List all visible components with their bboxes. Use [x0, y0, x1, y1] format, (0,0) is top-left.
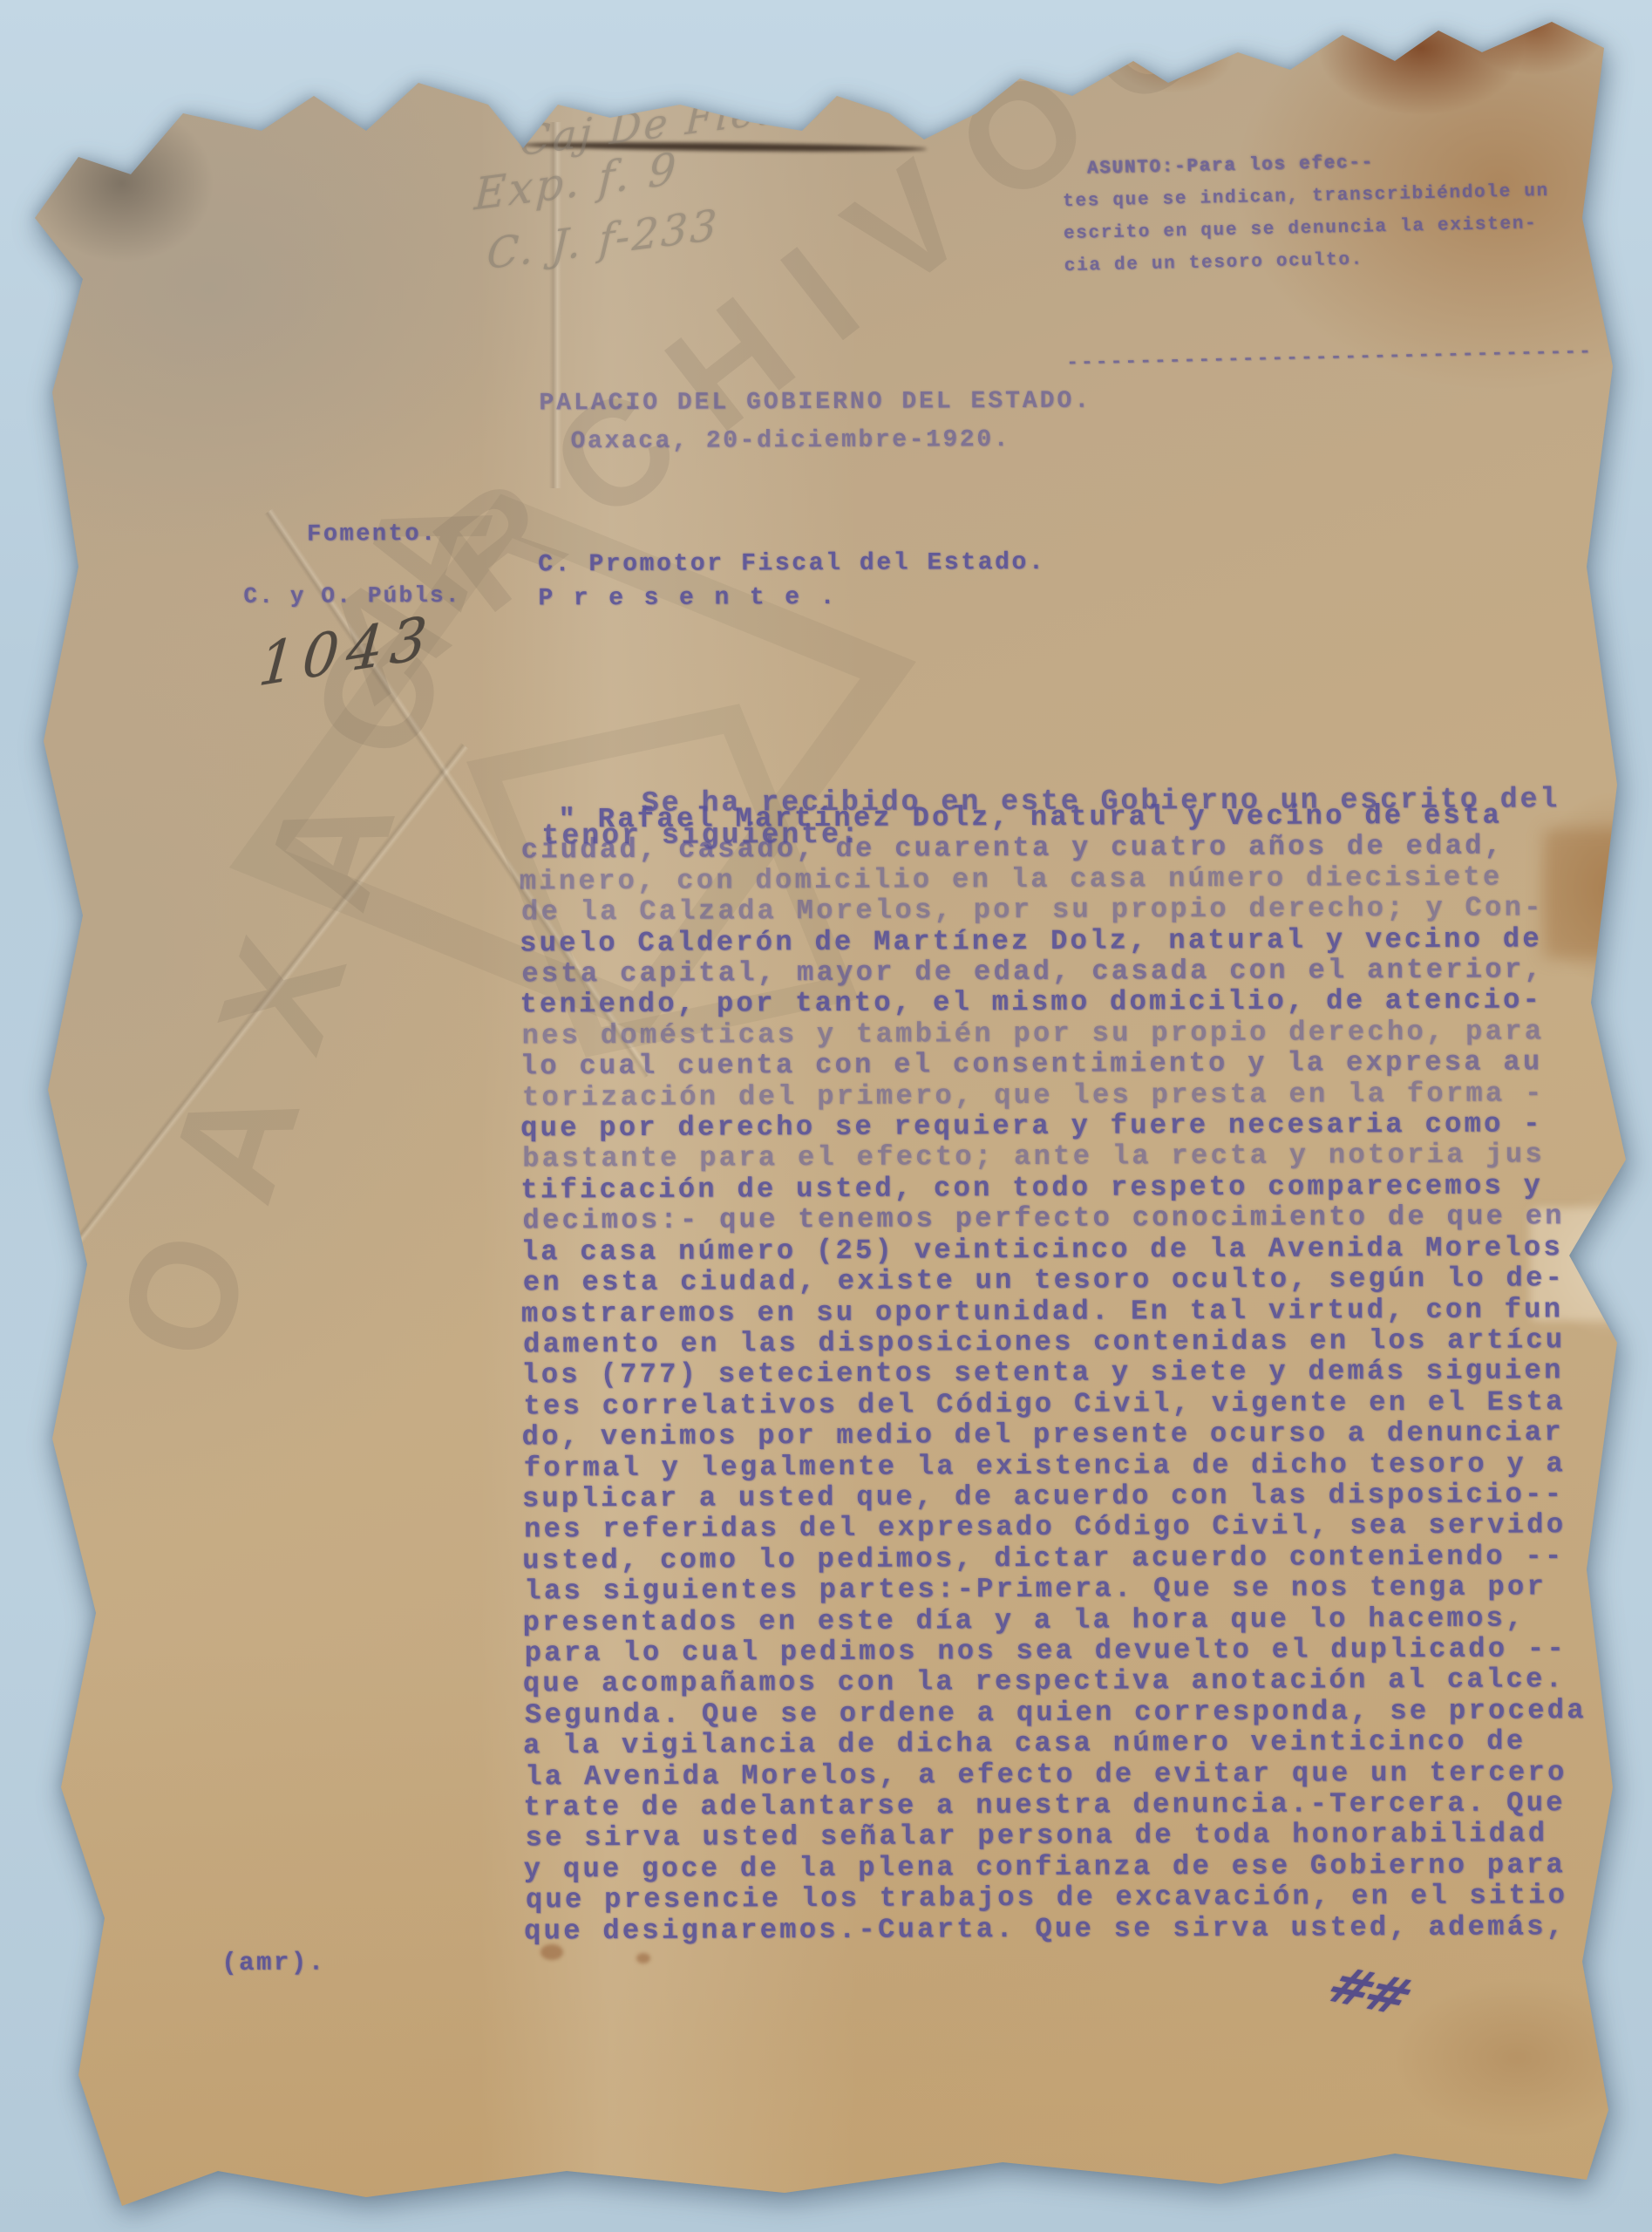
body-line: que designaremos.-Cuarta. Que se sirva u… [524, 1911, 1586, 1947]
body-line: formal y legalmente la existencia de dic… [524, 1448, 1586, 1484]
body-line: Segunda. Que se ordene a quien correspon… [525, 1695, 1587, 1731]
body-paragraph: " Rafael Martínez Dolz, natural y vecino… [519, 800, 1586, 1946]
body-line: en esta ciudad, existe un tesoro oculto,… [523, 1262, 1585, 1298]
letterhead-dateline: Oaxaca, 20-diciembre-1920. [571, 426, 1011, 455]
body-line: la Avenida Morelos, a efecto de evitar q… [525, 1757, 1587, 1793]
handwritten-file-number: 1043 [256, 602, 438, 700]
paper-sheet: ARCHIVOGENERA OAXACA Caj De Fietes Exp. … [0, 0, 1652, 2232]
body-line: que presencie los trabajos de excavación… [526, 1880, 1587, 1916]
body-line: nes referidas del expresado Código Civil… [524, 1510, 1586, 1546]
body-line: bastante para el efecto; ante la recta y… [522, 1140, 1584, 1175]
scanned-document-page: ARCHIVOGENERA OAXACA Caj De Fietes Exp. … [0, 0, 1652, 2232]
asunto-block: ASUNTO:-Para los efec--tes que se indica… [1060, 78, 1595, 444]
body-line: decimos:- que tenemos perfecto conocimie… [522, 1201, 1584, 1236]
addressee-presente: P r e s e n t e . [538, 584, 838, 612]
body-line: para lo cual pedimos nos sea devuelto el… [525, 1633, 1587, 1669]
body-line: torización del primero, que les presta e… [522, 1078, 1584, 1113]
asunto-divider-dashes: ------------------------------------ [1066, 336, 1594, 379]
body-line: se sirva usted señalar persona de toda h… [526, 1819, 1587, 1854]
body-line: tes correlativos del Código Civil, vigen… [523, 1386, 1585, 1422]
margin-department-1: Fomento. [307, 521, 438, 548]
text-layer: Caj De Fietes Exp. f. 9 C. J. f-233 ASUN… [0, 0, 1652, 2232]
paper-sheet-wrap: ARCHIVOGENERA OAXACA Caj De Fietes Exp. … [0, 0, 1652, 2232]
body-line: de la Calzada Morelos, por su propio der… [521, 892, 1583, 928]
body-line: damento en las disposiciones contenidas … [523, 1324, 1585, 1360]
addressee-line: C. Promotor Fiscal del Estado. [538, 549, 1045, 579]
letterhead-title: PALACIO DEL GOBIERNO DEL ESTADO. [539, 388, 1091, 418]
body-line: esta capital, mayor de edad, casada con … [521, 954, 1583, 990]
body-line: las siguientes partes:-Primera. Que se n… [524, 1571, 1586, 1607]
handwritten-end-mark: ## [1316, 1956, 1420, 2025]
typist-initials: (amr). [221, 1949, 326, 1978]
